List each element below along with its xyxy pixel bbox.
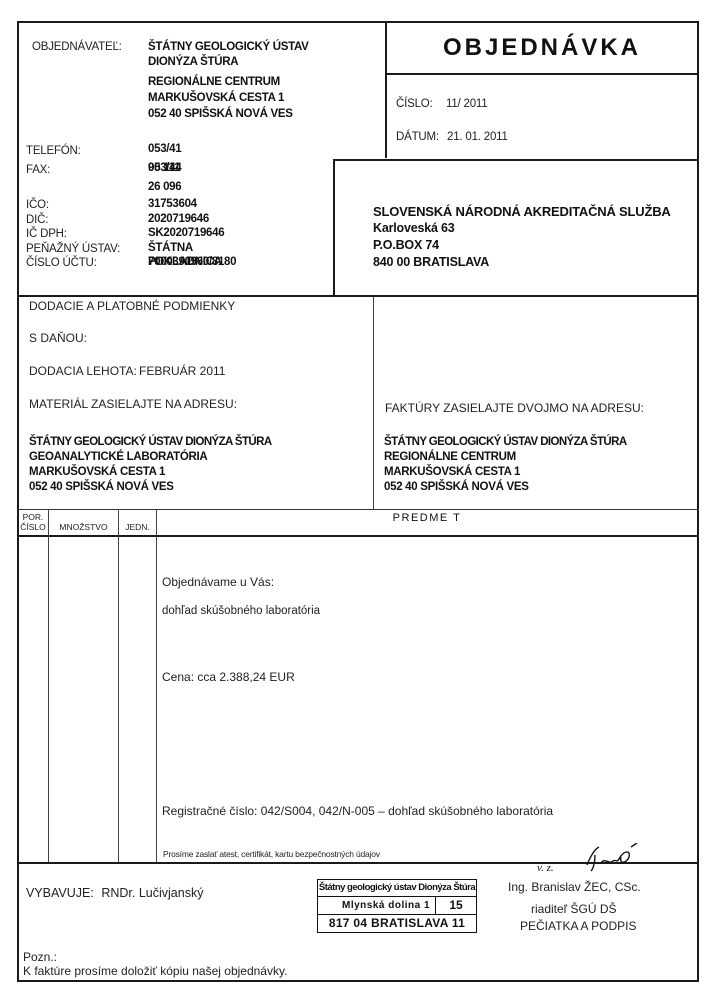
orderer-contacts: TELEFÓN: 053/41 90 111 FAX: 053/44 26 09… [26,140,81,178]
col-header-jedn: JEDN. [119,522,156,532]
title-box-bottom [385,73,699,75]
recipient-line: Karloveská 63 [373,220,671,237]
stamp-city: 817 04 BRATISLAVA 11 [318,914,476,931]
note-text: K faktúre prosíme doložiť kópiu našej ob… [23,964,287,978]
orderer-address: REGIONÁLNE CENTRUM MARKUŠOVSKÁ CESTA 1 0… [148,74,293,122]
stamp-street: Mlynská dolina 1 [342,900,430,911]
frame-bottom [17,980,699,982]
item-intro: Objednávame u Vás: [162,575,274,589]
orderer-address-line: REGIONÁLNE CENTRUM [148,74,293,90]
orderer-name-line: DIONÝZA ŠTÚRA [148,55,309,70]
handled-by: VYBAVUJE: RNDr. Lučivjanský [26,886,203,900]
signature-label: PEČIATKA A PODPIS [520,919,637,933]
terms-divider [373,297,374,509]
signature-mark: v. z. [537,862,554,874]
table-col-divider [48,509,49,863]
table-header-bottom [17,535,699,537]
stamp-org-name: Štátny geologický ústav Dionýza Štúra [318,880,476,897]
delivery-value: FEBRUÁR 2011 [139,364,225,378]
recipient-line: P.O.BOX 74 [373,237,671,254]
signer-name: Ing. Branislav ŽEC, CSc. [508,880,641,894]
recipient-address: SLOVENSKÁ NÁRODNÁ AKREDITAČNÁ SLUŽBA Kar… [373,203,671,271]
orderer-address-line: MARKUŠOVSKÁ CESTA 1 [148,90,293,106]
orderer-ids: IČO: 31753604 DIČ: 2020719646 IČ DPH: SK… [26,197,120,270]
organization-stamp: Štátny geologický ústav Dionýza Štúra Ml… [317,879,477,933]
order-date-value: 21. 01. 2011 [447,131,508,143]
col-header-por-cislo: POR. ČÍSLO [18,512,48,532]
order-number-value: 11/ 2011 [446,98,487,110]
stamp-number: 15 [435,897,476,914]
item-price: Cena: cca 2.388,24 EUR [162,670,295,684]
invoice-address: ŠTÁTNY GEOLOGICKÝ ÚSTAV DIONÝZA ŠTÚRA RE… [384,435,627,495]
table-col-divider [118,509,119,863]
table-col-divider [156,509,157,863]
document-title: OBJEDNÁVKA [387,34,697,62]
orderer-name-line: ŠTÁTNY GEOLOGICKÝ ÚSTAV [148,40,309,55]
table-top [17,509,699,510]
frame-top [17,21,699,23]
handled-by-value: RNDr. Lučivjanský [101,886,203,900]
material-address: ŠTÁTNY GEOLOGICKÝ ÚSTAV DIONÝZA ŠTÚRA GE… [29,435,272,495]
tax-label: S DAŇOU: [29,331,87,345]
recipient-name: SLOVENSKÁ NÁRODNÁ AKREDITAČNÁ SLUŽBA [373,203,671,220]
item-registration: Registračné číslo: 042/S004, 042/N-005 –… [162,804,553,818]
stamp-street-row: Mlynská dolina 1 15 [318,897,476,914]
note-label: Pozn.: [23,950,57,964]
id-row-ico: IČO: 31753604 [26,197,120,212]
id-row-account: ČÍSLO ÚČTU: 7000390960/8180 [26,255,120,270]
col-header-predmet: PREDME T [157,512,697,524]
contact-row-fax: FAX: 053/44 26 096 [26,159,81,178]
signature-scribble [565,843,645,882]
signature-icon [565,843,645,877]
order-date-label: DÁTUM: [396,131,439,143]
signer-role: riaditeľ ŠGÚ DŠ [531,902,617,916]
frame-left [17,21,19,982]
handled-by-label: VYBAVUJE: [26,886,94,900]
item-description: dohľad skúšobného laboratória [162,605,320,617]
recipient-line: 840 00 BRATISLAVA [373,254,671,271]
item-footnote: Prosíme zaslať atest, certifikát, kartu … [163,849,380,859]
orderer-label: OBJEDNÁVATEĽ: [32,41,122,53]
orderer-name: ŠTÁTNY GEOLOGICKÝ ÚSTAV DIONÝZA ŠTÚRA [148,40,309,70]
material-label: MATERIÁL ZASIELAJTE NA ADRESU: [29,397,237,411]
terms-heading: DODACIE A PLATOBNÉ PODMIENKY [29,299,235,313]
id-row-dic: DIČ: 2020719646 [26,212,120,227]
order-number-label: ČÍSLO: [396,98,433,110]
contact-row-phone: TELEFÓN: 053/41 90 111 [26,140,81,159]
invoice-label: FAKTÚRY ZASIELAJTE DVOJMO NA ADRESU: [385,401,644,415]
col-header-mnozstvo: MNOŽSTVO [49,522,118,532]
orderer-address-line: 052 40 SPIŠSKÁ NOVÁ VES [148,106,293,122]
delivery-label: DODACIA LEHOTA: [29,364,137,378]
terms-top [17,295,335,297]
id-row-icdph: IČ DPH: SK2020719646 [26,226,120,241]
id-row-bank: PEŇAŽNÝ ÚSTAV: ŠTÁTNA POKLADNICA [26,241,120,256]
